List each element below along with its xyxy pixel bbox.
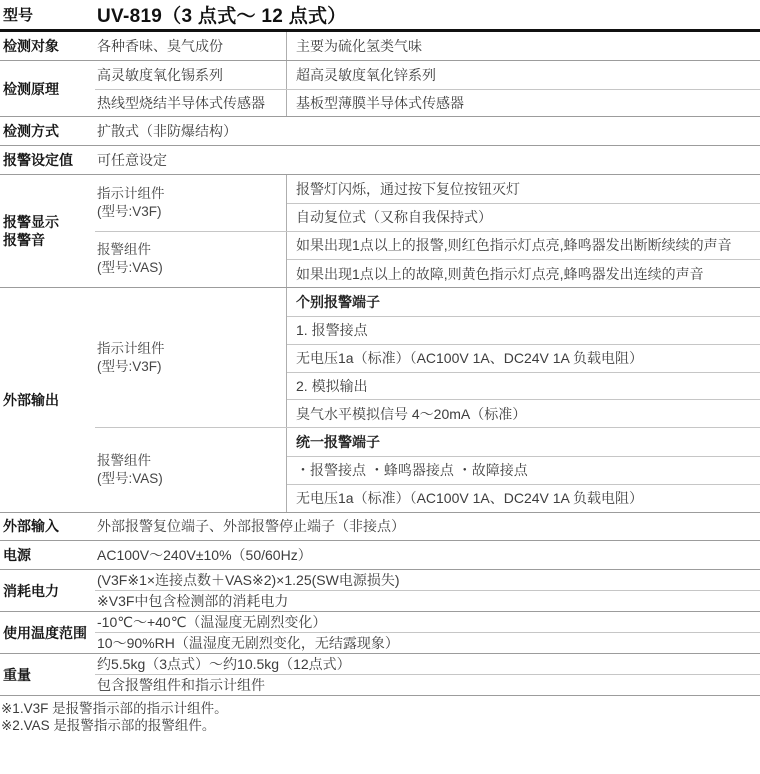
component-sublabel: 报警组件 (型号:VAS)	[95, 428, 286, 511]
subrow: 热线型烧结半导体式传感器 基板型薄膜半导体式传感器	[95, 89, 760, 117]
group-v3f: 指示计组件 (型号:V3F) 报警灯闪烁，通过按下复位按钮灭灯 自动复位式（又称…	[95, 175, 760, 231]
subrow: 高灵敏度氧化锡系列 超高灵敏度氧化锌系列	[95, 61, 760, 89]
row-label: 使用温度范围	[0, 612, 95, 653]
section-alarm-display: 报警显示 报警音 指示计组件 (型号:V3F) 报警灯闪烁，通过按下复位按钮灭灯…	[0, 175, 760, 288]
subrows: -10℃～+40℃（温湿度无剧烈变化） 10～90%RH（温湿度无剧烈变化，无结…	[95, 612, 760, 653]
subrow-value: -10℃～+40℃（温湿度无剧烈变化）	[95, 612, 760, 632]
row-label-line2: 报警音	[3, 231, 95, 249]
component-sublabel: 指示计组件 (型号:V3F)	[95, 175, 286, 231]
subrows: 高灵敏度氧化锡系列 超高灵敏度氧化锌系列 热线型烧结半导体式传感器 基板型薄膜半…	[95, 61, 760, 117]
cell-value: 热线型烧结半导体式传感器	[95, 90, 286, 117]
cell-value: 高灵敏度氧化锡系列	[95, 61, 286, 89]
group-vas: 报警组件 (型号:VAS) 统一报警端子 ・报警接点 ・蜂鸣器接点 ・故障接点 …	[95, 427, 760, 511]
row-label: 消耗电力	[0, 570, 95, 611]
row-label: 报警显示 报警音	[0, 175, 95, 287]
subrows: 约5.5kg（3点式）～约10.5kg（12点式） 包含报警组件和指示计组件	[95, 654, 760, 695]
content-row: 无电压1a（标准）（AC100V 1A、DC24V 1A 负载电阻）	[287, 344, 760, 372]
section-external-input: 外部输入 外部报警复位端子、外部报警停止端子（非接点）	[0, 513, 760, 542]
header-row: 型号 UV-819（3 点式～ 12 点式）	[0, 0, 760, 32]
cell-value: 可任意设定	[95, 146, 760, 174]
content-row-heading: 个别报警端子	[287, 288, 760, 316]
content-row: 报警灯闪烁，通过按下复位按钮灭灯	[287, 175, 760, 203]
cell-value: 外部报警复位端子、外部报警停止端子（非接点）	[95, 513, 760, 541]
row-label: 检测原理	[0, 61, 95, 117]
sublabel-line1: 报警组件	[97, 452, 286, 470]
row-label-line1: 报警显示	[3, 213, 95, 231]
section-operating-temp: 使用温度范围 -10℃～+40℃（温湿度无剧烈变化） 10～90%RH（温湿度无…	[0, 612, 760, 654]
sublabel-line2: (型号:VAS)	[97, 470, 286, 488]
group-contents: 个别报警端子 1. 报警接点 无电压1a（标准）（AC100V 1A、DC24V…	[286, 288, 760, 427]
section-alarm-setpoint: 报警设定值 可任意设定	[0, 146, 760, 175]
subrow-value: (V3F※1×连接点数＋VAS※2)×1.25(SW电源损失)	[95, 570, 760, 590]
subrows: (V3F※1×连接点数＋VAS※2)×1.25(SW电源损失) ※V3F中包含检…	[95, 570, 760, 611]
section-detection-method: 检测方式 扩散式（非防爆结构）	[0, 117, 760, 146]
sublabel-line1: 指示计组件	[97, 185, 286, 203]
section-detection-principle: 检测原理 高灵敏度氧化锡系列 超高灵敏度氧化锌系列 热线型烧结半导体式传感器 基…	[0, 61, 760, 118]
groups: 指示计组件 (型号:V3F) 个别报警端子 1. 报警接点 无电压1a（标准）（…	[95, 288, 760, 511]
content-row: 无电压1a（标准）（AC100V 1A、DC24V 1A 负载电阻）	[287, 484, 760, 512]
content-row: 如果出现1点以上的故障,则黄色指示灯点亮,蜂鸣器发出连续的声音	[287, 259, 760, 287]
group-contents: 如果出现1点以上的报警,则红色指示灯点亮,蜂鸣器发出断断续续的声音 如果出现1点…	[286, 232, 760, 288]
component-sublabel: 指示计组件 (型号:V3F)	[95, 288, 286, 427]
row-label: 电源	[0, 541, 95, 569]
model-label: 型号	[0, 4, 95, 25]
content-row: ・报警接点 ・蜂鸣器接点 ・故障接点	[287, 456, 760, 484]
group-v3f: 指示计组件 (型号:V3F) 个别报警端子 1. 报警接点 无电压1a（标准）（…	[95, 288, 760, 427]
content-row: 2. 模拟输出	[287, 372, 760, 400]
group-contents: 统一报警端子 ・报警接点 ・蜂鸣器接点 ・故障接点 无电压1a（标准）（AC10…	[286, 428, 760, 511]
content-row: 臭气水平模拟信号 4～20mA（标准）	[287, 399, 760, 427]
row-label: 检测方式	[0, 117, 95, 145]
component-sublabel: 报警组件 (型号:VAS)	[95, 232, 286, 288]
section-power-consumption: 消耗电力 (V3F※1×连接点数＋VAS※2)×1.25(SW电源损失) ※V3…	[0, 570, 760, 612]
row-label: 外部输出	[0, 288, 95, 511]
group-contents: 报警灯闪烁，通过按下复位按钮灭灯 自动复位式（又称自我保持式）	[286, 175, 760, 231]
cell-value: 基板型薄膜半导体式传感器	[286, 90, 760, 117]
subrow-value: 包含报警组件和指示计组件	[95, 674, 760, 695]
sublabel-line1: 报警组件	[97, 241, 286, 259]
sublabel-line2: (型号:V3F)	[97, 203, 286, 221]
content-row: 自动复位式（又称自我保持式）	[287, 203, 760, 231]
cell-value: 超高灵敏度氧化锌系列	[286, 61, 760, 89]
cell-value: 扩散式（非防爆结构）	[95, 117, 760, 145]
cell-value: 主要为硫化氢类气味	[286, 32, 760, 60]
content-row: 1. 报警接点	[287, 316, 760, 344]
content-row-heading: 统一报警端子	[287, 428, 760, 456]
row-label: 重量	[0, 654, 95, 695]
section-external-output: 外部输出 指示计组件 (型号:V3F) 个别报警端子 1. 报警接点 无电压1a…	[0, 288, 760, 512]
sublabel-line2: (型号:VAS)	[97, 259, 286, 277]
cell-value: AC100V～240V±10%（50/60Hz）	[95, 541, 760, 569]
content-row: 如果出现1点以上的报警,则红色指示灯点亮,蜂鸣器发出断断续续的声音	[287, 232, 760, 260]
subrow-value: 10～90%RH（温湿度无剧烈变化，无结露现象）	[95, 632, 760, 653]
section-power-supply: 电源 AC100V～240V±10%（50/60Hz）	[0, 541, 760, 570]
sublabel-line2: (型号:V3F)	[97, 358, 286, 376]
footnote-2: ※2.VAS 是报警指示部的报警组件。	[1, 717, 760, 734]
row-label: 外部输入	[0, 513, 95, 541]
row-label: 报警设定值	[0, 146, 95, 174]
sublabel-line1: 指示计组件	[97, 340, 286, 358]
section-weight: 重量 约5.5kg（3点式）～约10.5kg（12点式） 包含报警组件和指示计组…	[0, 654, 760, 696]
cell-value: 各种香味、臭气成份	[95, 32, 286, 60]
row-label: 检测对象	[0, 32, 95, 60]
groups: 指示计组件 (型号:V3F) 报警灯闪烁，通过按下复位按钮灭灯 自动复位式（又称…	[95, 175, 760, 287]
footnotes: ※1.V3F 是报警指示部的指示计组件。 ※2.VAS 是报警指示部的报警组件。	[0, 696, 760, 734]
spec-table: 型号 UV-819（3 点式～ 12 点式） 检测对象 各种香味、臭气成份 主要…	[0, 0, 760, 734]
subrow-value: ※V3F中包含检测部的消耗电力	[95, 590, 760, 611]
footnote-1: ※1.V3F 是报警指示部的指示计组件。	[1, 700, 760, 717]
model-value: UV-819（3 点式～ 12 点式）	[95, 1, 347, 28]
group-vas: 报警组件 (型号:VAS) 如果出现1点以上的报警,则红色指示灯点亮,蜂鸣器发出…	[95, 231, 760, 288]
section-detection-target: 检测对象 各种香味、臭气成份 主要为硫化氢类气味	[0, 32, 760, 61]
subrow-value: 约5.5kg（3点式）～约10.5kg（12点式）	[95, 654, 760, 674]
